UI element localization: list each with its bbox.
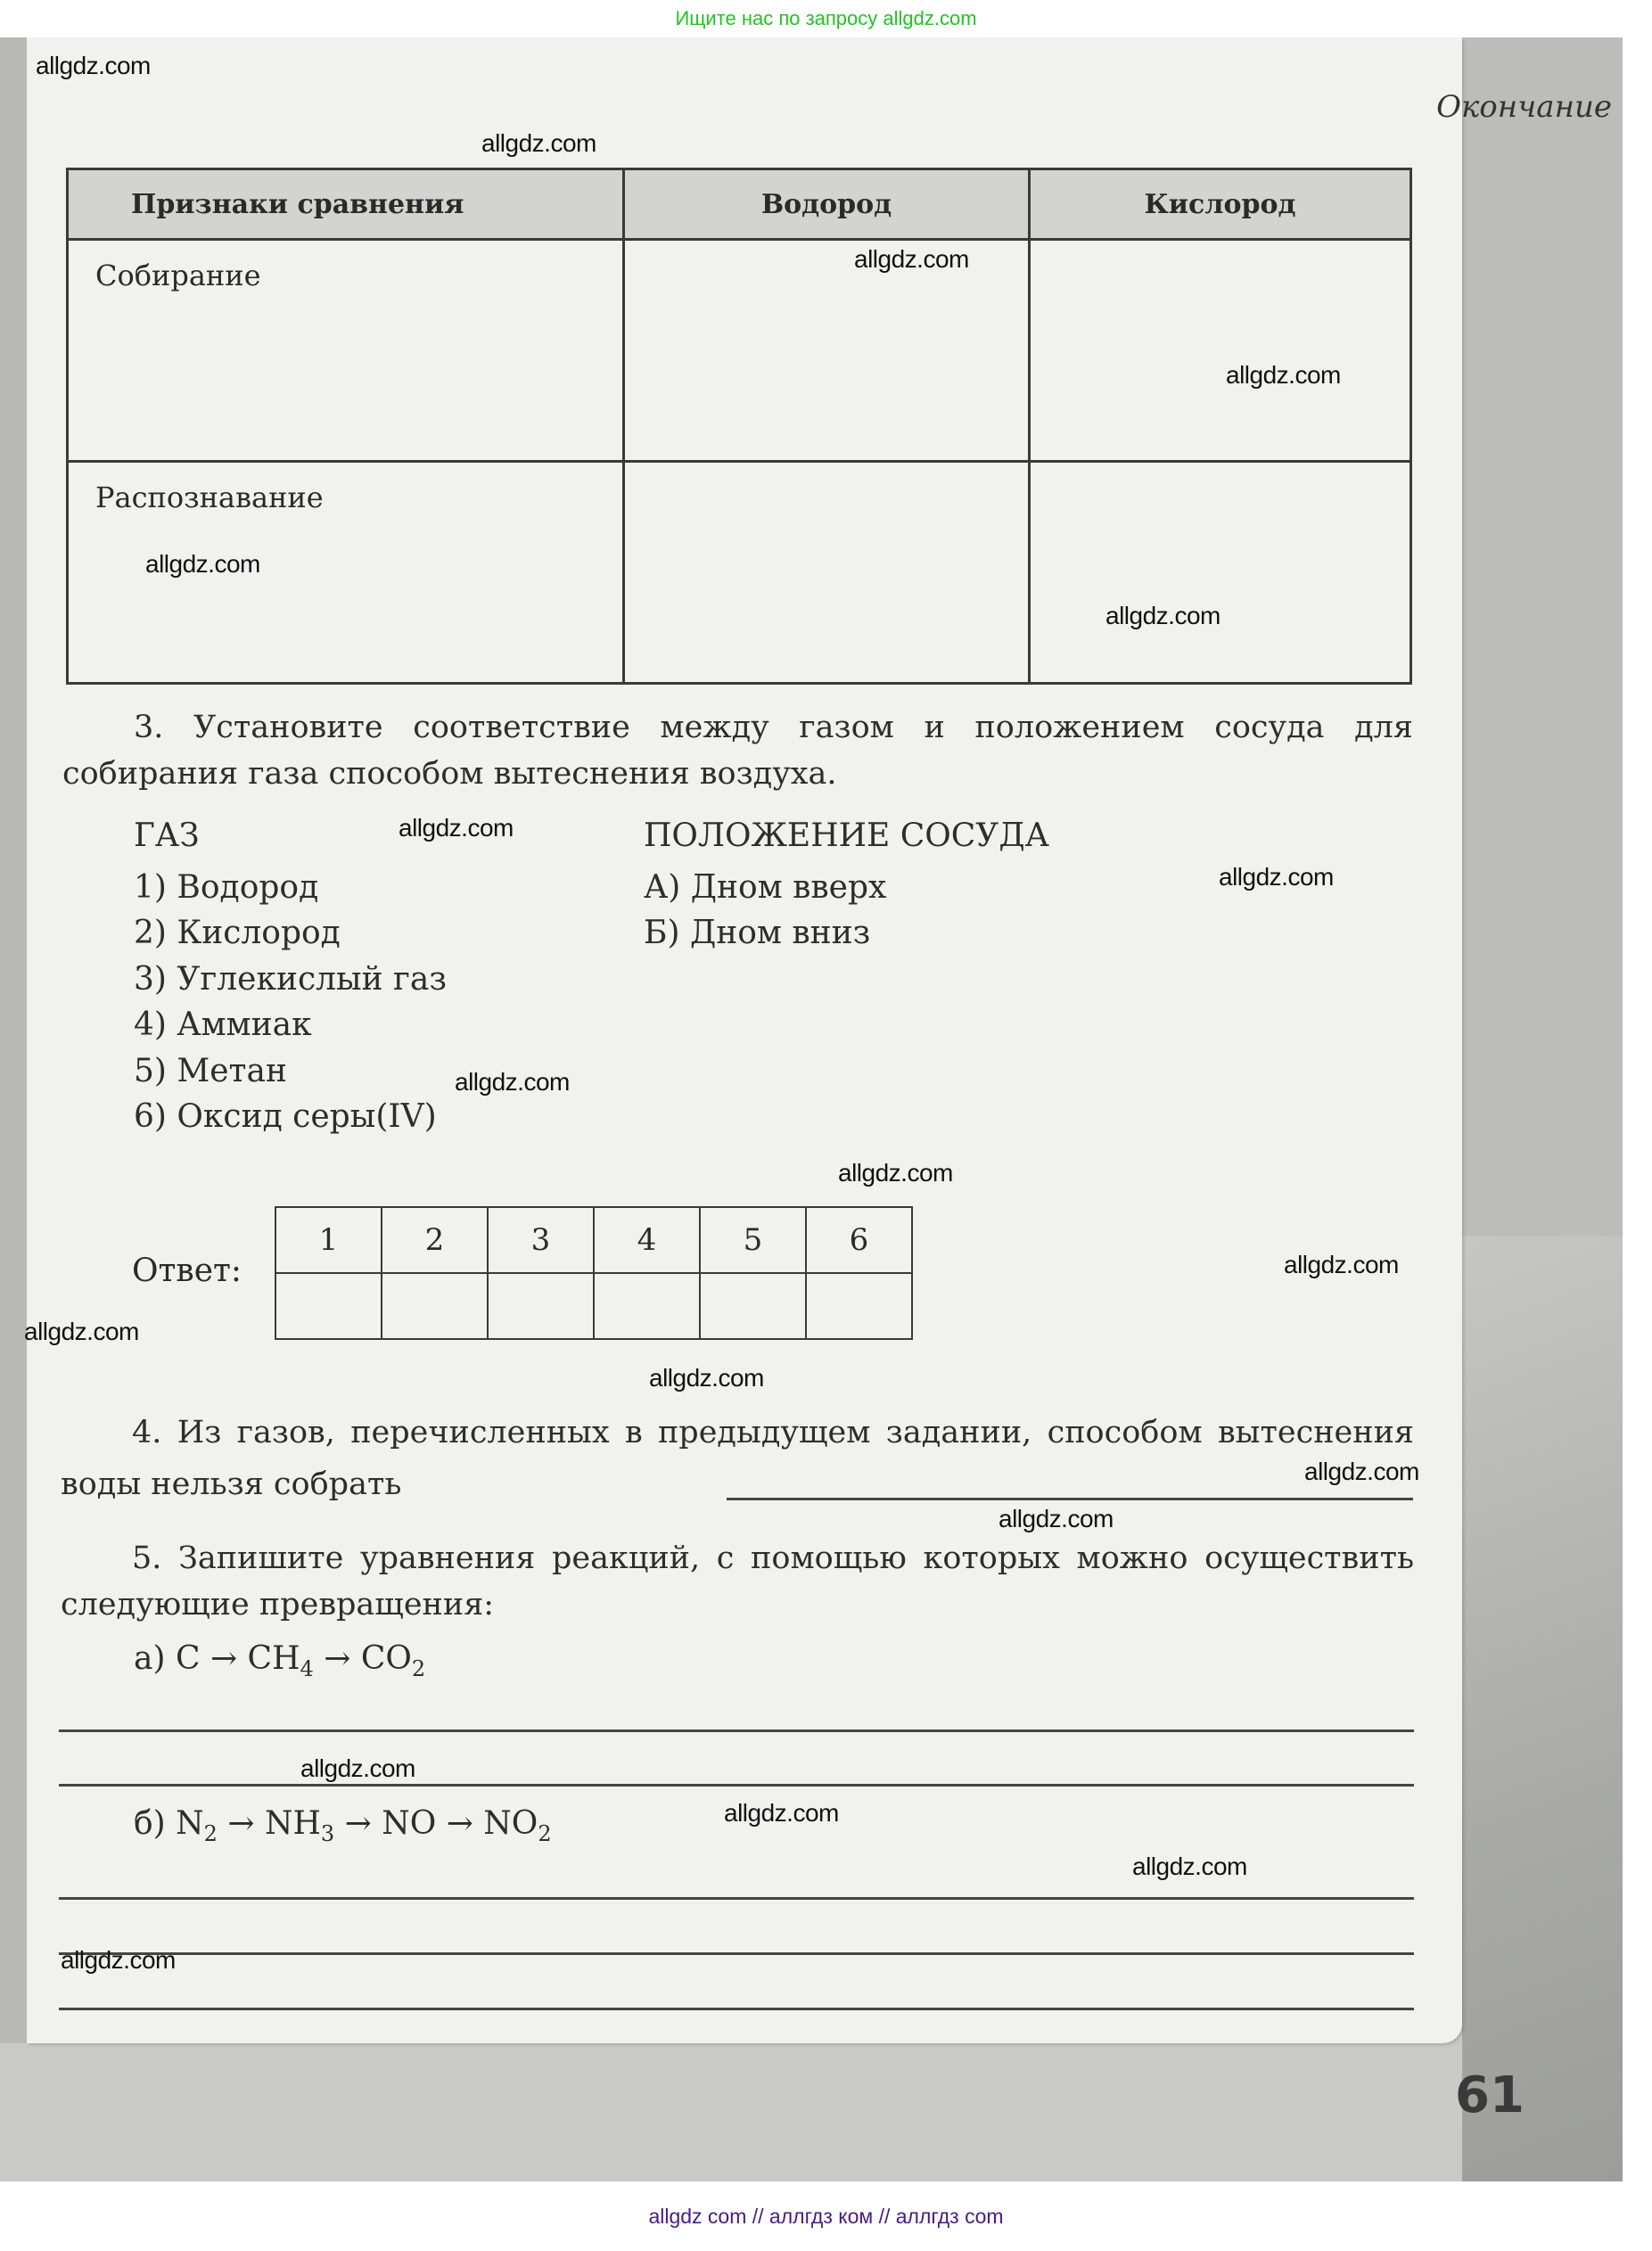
footer-links[interactable]: allgdz com // аллгдз ком // аллгдз com	[0, 2181, 1652, 2251]
watermark: allgdz.com	[999, 1505, 1114, 1533]
gas-item: 4) Аммиак	[134, 1002, 447, 1048]
answer-header-row: 1 2 3 4 5 6	[275, 1207, 912, 1273]
header-oxygen: Кислород	[1030, 169, 1411, 240]
task4-answer-line[interactable]	[727, 1498, 1413, 1500]
answer-col: 4	[594, 1207, 700, 1273]
answer-line-a2[interactable]	[59, 1784, 1414, 1787]
answer-col: 2	[382, 1207, 488, 1273]
header-hydrogen: Водород	[624, 169, 1030, 240]
header-criteria: Признаки сравнения	[68, 169, 624, 240]
answer-cell[interactable]	[700, 1273, 806, 1339]
continuation-label: Окончание	[1436, 89, 1612, 125]
watermark: allgdz.com	[1105, 602, 1221, 630]
answer-cell[interactable]	[275, 1273, 382, 1339]
cell-hydrogen-recognition[interactable]	[624, 462, 1030, 684]
answer-cell[interactable]	[382, 1273, 488, 1339]
answer-line-b3[interactable]	[59, 2008, 1414, 2010]
answer-col: 1	[275, 1207, 382, 1273]
binding-edge	[0, 37, 27, 2043]
table-row: Собирание	[68, 240, 1411, 462]
watermark: allgdz.com	[24, 1318, 139, 1346]
gas-item: 1) Водород	[134, 865, 447, 911]
formula-a: а) C → CH4 → CO2	[134, 1640, 425, 1681]
watermark: allgdz.com	[399, 814, 514, 842]
answer-line-a1[interactable]	[59, 1729, 1414, 1732]
position-list: ПОЛОЖЕНИЕ СОСУДА А) Дном вверх Б) Дном в…	[644, 813, 1049, 957]
task5-text: 5. Запишите уравнения реакций, с помощью…	[61, 1535, 1414, 1628]
cell-oxygen-recognition[interactable]	[1030, 462, 1411, 684]
watermark: allgdz.com	[854, 245, 969, 274]
answer-cell[interactable]	[488, 1273, 594, 1339]
search-banner[interactable]: Ищите нас по запросу allgdz.com	[0, 0, 1652, 37]
answer-col: 6	[806, 1207, 912, 1273]
watermark: allgdz.com	[481, 129, 596, 158]
table-row: Распознавание	[68, 462, 1411, 684]
gas-list: ГАЗ 1) Водород 2) Кислород 3) Углекислый…	[134, 813, 447, 1140]
watermark: allgdz.com	[36, 52, 151, 80]
page-number: 61	[1455, 2066, 1525, 2124]
answer-cell[interactable]	[594, 1273, 700, 1339]
position-item: А) Дном вверх	[644, 865, 1049, 911]
watermark: allgdz.com	[1284, 1251, 1399, 1279]
cell-oxygen-collection[interactable]	[1030, 240, 1411, 462]
answer-input-row	[275, 1273, 912, 1339]
position-item: Б) Дном вниз	[644, 910, 1049, 957]
answer-label: Ответ:	[132, 1253, 242, 1289]
answer-col: 3	[488, 1207, 594, 1273]
answer-line-b2[interactable]	[59, 1952, 1414, 1955]
gas-item: 5) Метан	[134, 1048, 447, 1095]
watermark: allgdz.com	[1226, 361, 1341, 390]
watermark: allgdz.com	[145, 550, 260, 579]
watermark: allgdz.com	[1219, 863, 1334, 891]
task4-prompt: 4. Из газов, перечисленных в предыдущем …	[61, 1415, 1414, 1502]
gas-item: 2) Кислород	[134, 910, 447, 957]
task3-text: 3. Установите соответствие между газом и…	[62, 704, 1413, 797]
answer-cell[interactable]	[806, 1273, 912, 1339]
gas-item: 3) Углекислый газ	[134, 957, 447, 1003]
watermark: allgdz.com	[724, 1799, 839, 1828]
gas-item: 6) Оксид серы(IV)	[134, 1094, 447, 1140]
row-label-collection: Собирание	[68, 240, 624, 462]
watermark: allgdz.com	[649, 1364, 764, 1392]
watermark: allgdz.com	[300, 1754, 415, 1783]
formula-b: б) N2 → NH3 → NO → NO2	[134, 1805, 552, 1846]
adjacent-page-strip	[1462, 37, 1623, 2181]
watermark: allgdz.com	[838, 1159, 953, 1187]
watermark: allgdz.com	[61, 1946, 176, 1975]
watermark: allgdz.com	[1132, 1853, 1247, 1881]
answer-col: 5	[700, 1207, 806, 1273]
watermark: allgdz.com	[1304, 1458, 1419, 1486]
position-column-header: ПОЛОЖЕНИЕ СОСУДА	[644, 813, 1049, 859]
watermark: allgdz.com	[455, 1068, 570, 1097]
table-header-row: Признаки сравнения Водород Кислород	[68, 169, 1411, 240]
answer-grid: 1 2 3 4 5 6	[275, 1206, 913, 1340]
task4-text: 4. Из газов, перечисленных в предыдущем …	[61, 1407, 1414, 1510]
answer-line-b1[interactable]	[59, 1897, 1414, 1900]
